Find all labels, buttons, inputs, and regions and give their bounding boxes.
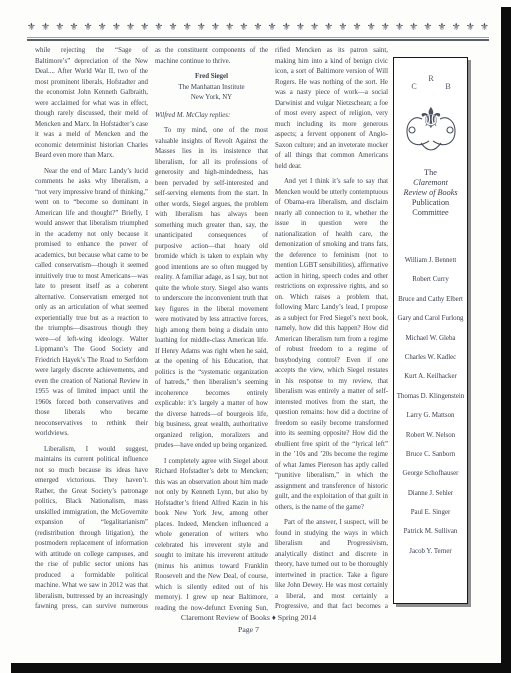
article-columns: while rejecting the “Sage of Baltimore’s…: [35, 46, 389, 612]
fleur-ornament-icon: ⚜: [112, 21, 121, 34]
paragraph: as the constituent components of the mac…: [155, 46, 268, 67]
fleur-ornament-icon: ⚜: [254, 21, 263, 34]
committee-member: Dianne J. Sehler: [395, 490, 466, 498]
committee-member: Bruce C. Sanborn: [395, 451, 466, 459]
fleur-ornament-icon: ⚜: [98, 21, 107, 34]
committee-member: Robert W. Nelson: [395, 432, 466, 440]
signature-location: New York, NY: [155, 93, 268, 104]
scanned-journal-page: ⚜⚜⚜⚜⚜⚜⚜⚜⚜⚜⚜⚜⚜⚜⚜⚜⚜⚜⚜⚜⚜⚜⚜⚜⚜⚜⚜⚜⚜⚜⚜⚜⚜ while …: [0, 0, 511, 673]
fleur-ornament-icon: ⚜: [69, 21, 78, 34]
ornament-border: ⚜⚜⚜⚜⚜⚜⚜⚜⚜⚜⚜⚜⚜⚜⚜⚜⚜⚜⚜⚜⚜⚜⚜⚜⚜⚜⚜⚜⚜⚜⚜⚜⚜: [27, 21, 489, 34]
committee-member: Kurt A. Keilhacker: [395, 373, 466, 381]
letter-signature: Fred Siegel The Manhattan Institute New …: [155, 72, 268, 104]
page-footer: Claremont Review of Books ♦ Spring 2014 …: [0, 612, 497, 635]
committee-title: The Claremont Review of Books Publicatio…: [394, 168, 467, 218]
fleur-ornament-icon: ⚜: [452, 21, 461, 34]
committee-member: Paul E. Singer: [395, 509, 466, 517]
paragraph: To my mind, one of the most valuable ins…: [155, 126, 268, 452]
committee-member: Jacob Y. Terner: [395, 548, 466, 556]
logo-scroll-left-eye: [409, 127, 415, 133]
fleur-ornament-icon: ⚜: [197, 21, 206, 34]
scan-edge-right: [501, 7, 511, 673]
committee-member: Michael W. Gleba: [395, 335, 466, 343]
committee-title-line: Claremont: [394, 178, 467, 188]
fleur-de-lis-icon: ⚜: [418, 101, 444, 135]
rule-thin: [27, 37, 489, 38]
signature-affiliation: The Manhattan Institute: [155, 83, 268, 94]
committee-member: Charles W. Kadlec: [395, 354, 466, 362]
fleur-ornament-icon: ⚜: [338, 21, 347, 34]
committee-title-line: The: [394, 168, 467, 178]
committee-title-line: Publication: [394, 198, 467, 208]
paragraph: rified Mencken as its patron saint, maki…: [275, 46, 388, 172]
fleur-ornament-icon: ⚜: [423, 21, 432, 34]
fleur-ornament-icon: ⚜: [409, 21, 418, 34]
fleur-ornament-icon: ⚜: [296, 21, 305, 34]
logo-scroll-right-eye: [447, 127, 453, 133]
fleur-ornament-icon: ⚜: [27, 21, 36, 34]
fleur-ornament-icon: ⚜: [41, 21, 50, 34]
reply-byline: Wilfred M. McClay replies:: [155, 111, 268, 122]
fleur-ornament-icon: ⚜: [126, 21, 135, 34]
publication-committee-box: R C B ⚜ The Claremont Review of Books Pu…: [393, 57, 468, 604]
fleur-ornament-icon: ⚜: [395, 21, 404, 34]
fleur-ornament-icon: ⚜: [367, 21, 376, 34]
fleur-ornament-icon: ⚜: [169, 21, 178, 34]
paragraph: Part of the answer, I suspect, will be f…: [275, 518, 388, 612]
fleur-ornament-icon: ⚜: [55, 21, 64, 34]
fleur-ornament-icon: ⚜: [438, 21, 447, 34]
fleur-ornament-icon: ⚜: [140, 21, 149, 34]
fleur-ornament-icon: ⚜: [353, 21, 362, 34]
logo-letter-r: R: [428, 74, 434, 83]
paragraph: I completely agree with Siegel about Ric…: [155, 457, 268, 613]
rule-thick: [27, 39, 489, 41]
fleur-ornament-icon: ⚜: [211, 21, 220, 34]
fleur-ornament-icon: ⚜: [466, 21, 475, 34]
fleur-ornament-icon: ⚜: [225, 21, 234, 34]
signature-name: Fred Siegel: [155, 72, 268, 83]
journal-issue-line: Claremont Review of Books ♦ Spring 2014: [0, 612, 497, 624]
fleur-ornament-icon: ⚜: [282, 21, 291, 34]
committee-title-line: Review of Books: [394, 188, 467, 198]
page-number: Page 7: [0, 624, 497, 636]
fleur-ornament-icon: ⚜: [183, 21, 192, 34]
text-column-3: rified Mencken as its patron saint, maki…: [275, 46, 388, 612]
committee-member: Gary and Carol Furlong: [395, 315, 466, 323]
committee-member: Patrick M. Sullivan: [395, 528, 466, 536]
committee-member: William J. Bennett: [395, 257, 466, 265]
logo-letter-b: B: [445, 82, 450, 91]
paragraph: Liberalism, I would suggest, maintains i…: [35, 445, 148, 613]
scan-edge-bottom: [11, 663, 511, 673]
committee-member: Larry G. Mattson: [395, 412, 466, 420]
committee-member: Robert Curry: [395, 276, 466, 284]
fleur-ornament-icon: ⚜: [154, 21, 163, 34]
committee-members: William J. BennettRobert CurryBruce and …: [394, 257, 467, 556]
committee-title-line: Committee: [394, 208, 467, 218]
paragraph: Near the end of Marc Landy’s lucid comme…: [35, 167, 148, 440]
crb-emblem-logo: R C B ⚜: [403, 71, 459, 159]
fleur-ornament-icon: ⚜: [480, 21, 489, 34]
double-rule: [27, 37, 489, 41]
paragraph: while rejecting the “Sage of Baltimore’s…: [35, 46, 148, 162]
text-column-2: as the constituent components of the mac…: [155, 46, 268, 612]
fleur-ornament-icon: ⚜: [324, 21, 333, 34]
committee-member: Bruce and Cathy Elbert: [395, 296, 466, 304]
fleur-ornament-icon: ⚜: [84, 21, 93, 34]
paragraph: And yet I think it’s safe to say that Me…: [275, 177, 388, 513]
text-column-1: while rejecting the “Sage of Baltimore’s…: [35, 46, 148, 612]
logo-letter-c: C: [411, 82, 416, 91]
fleur-ornament-icon: ⚜: [268, 21, 277, 34]
committee-member: Thomas D. Klingenstein: [395, 393, 466, 401]
fleur-ornament-icon: ⚜: [239, 21, 248, 34]
fleur-ornament-icon: ⚜: [310, 21, 319, 34]
committee-member: George Schofhauser: [395, 470, 466, 478]
fleur-ornament-icon: ⚜: [381, 21, 390, 34]
